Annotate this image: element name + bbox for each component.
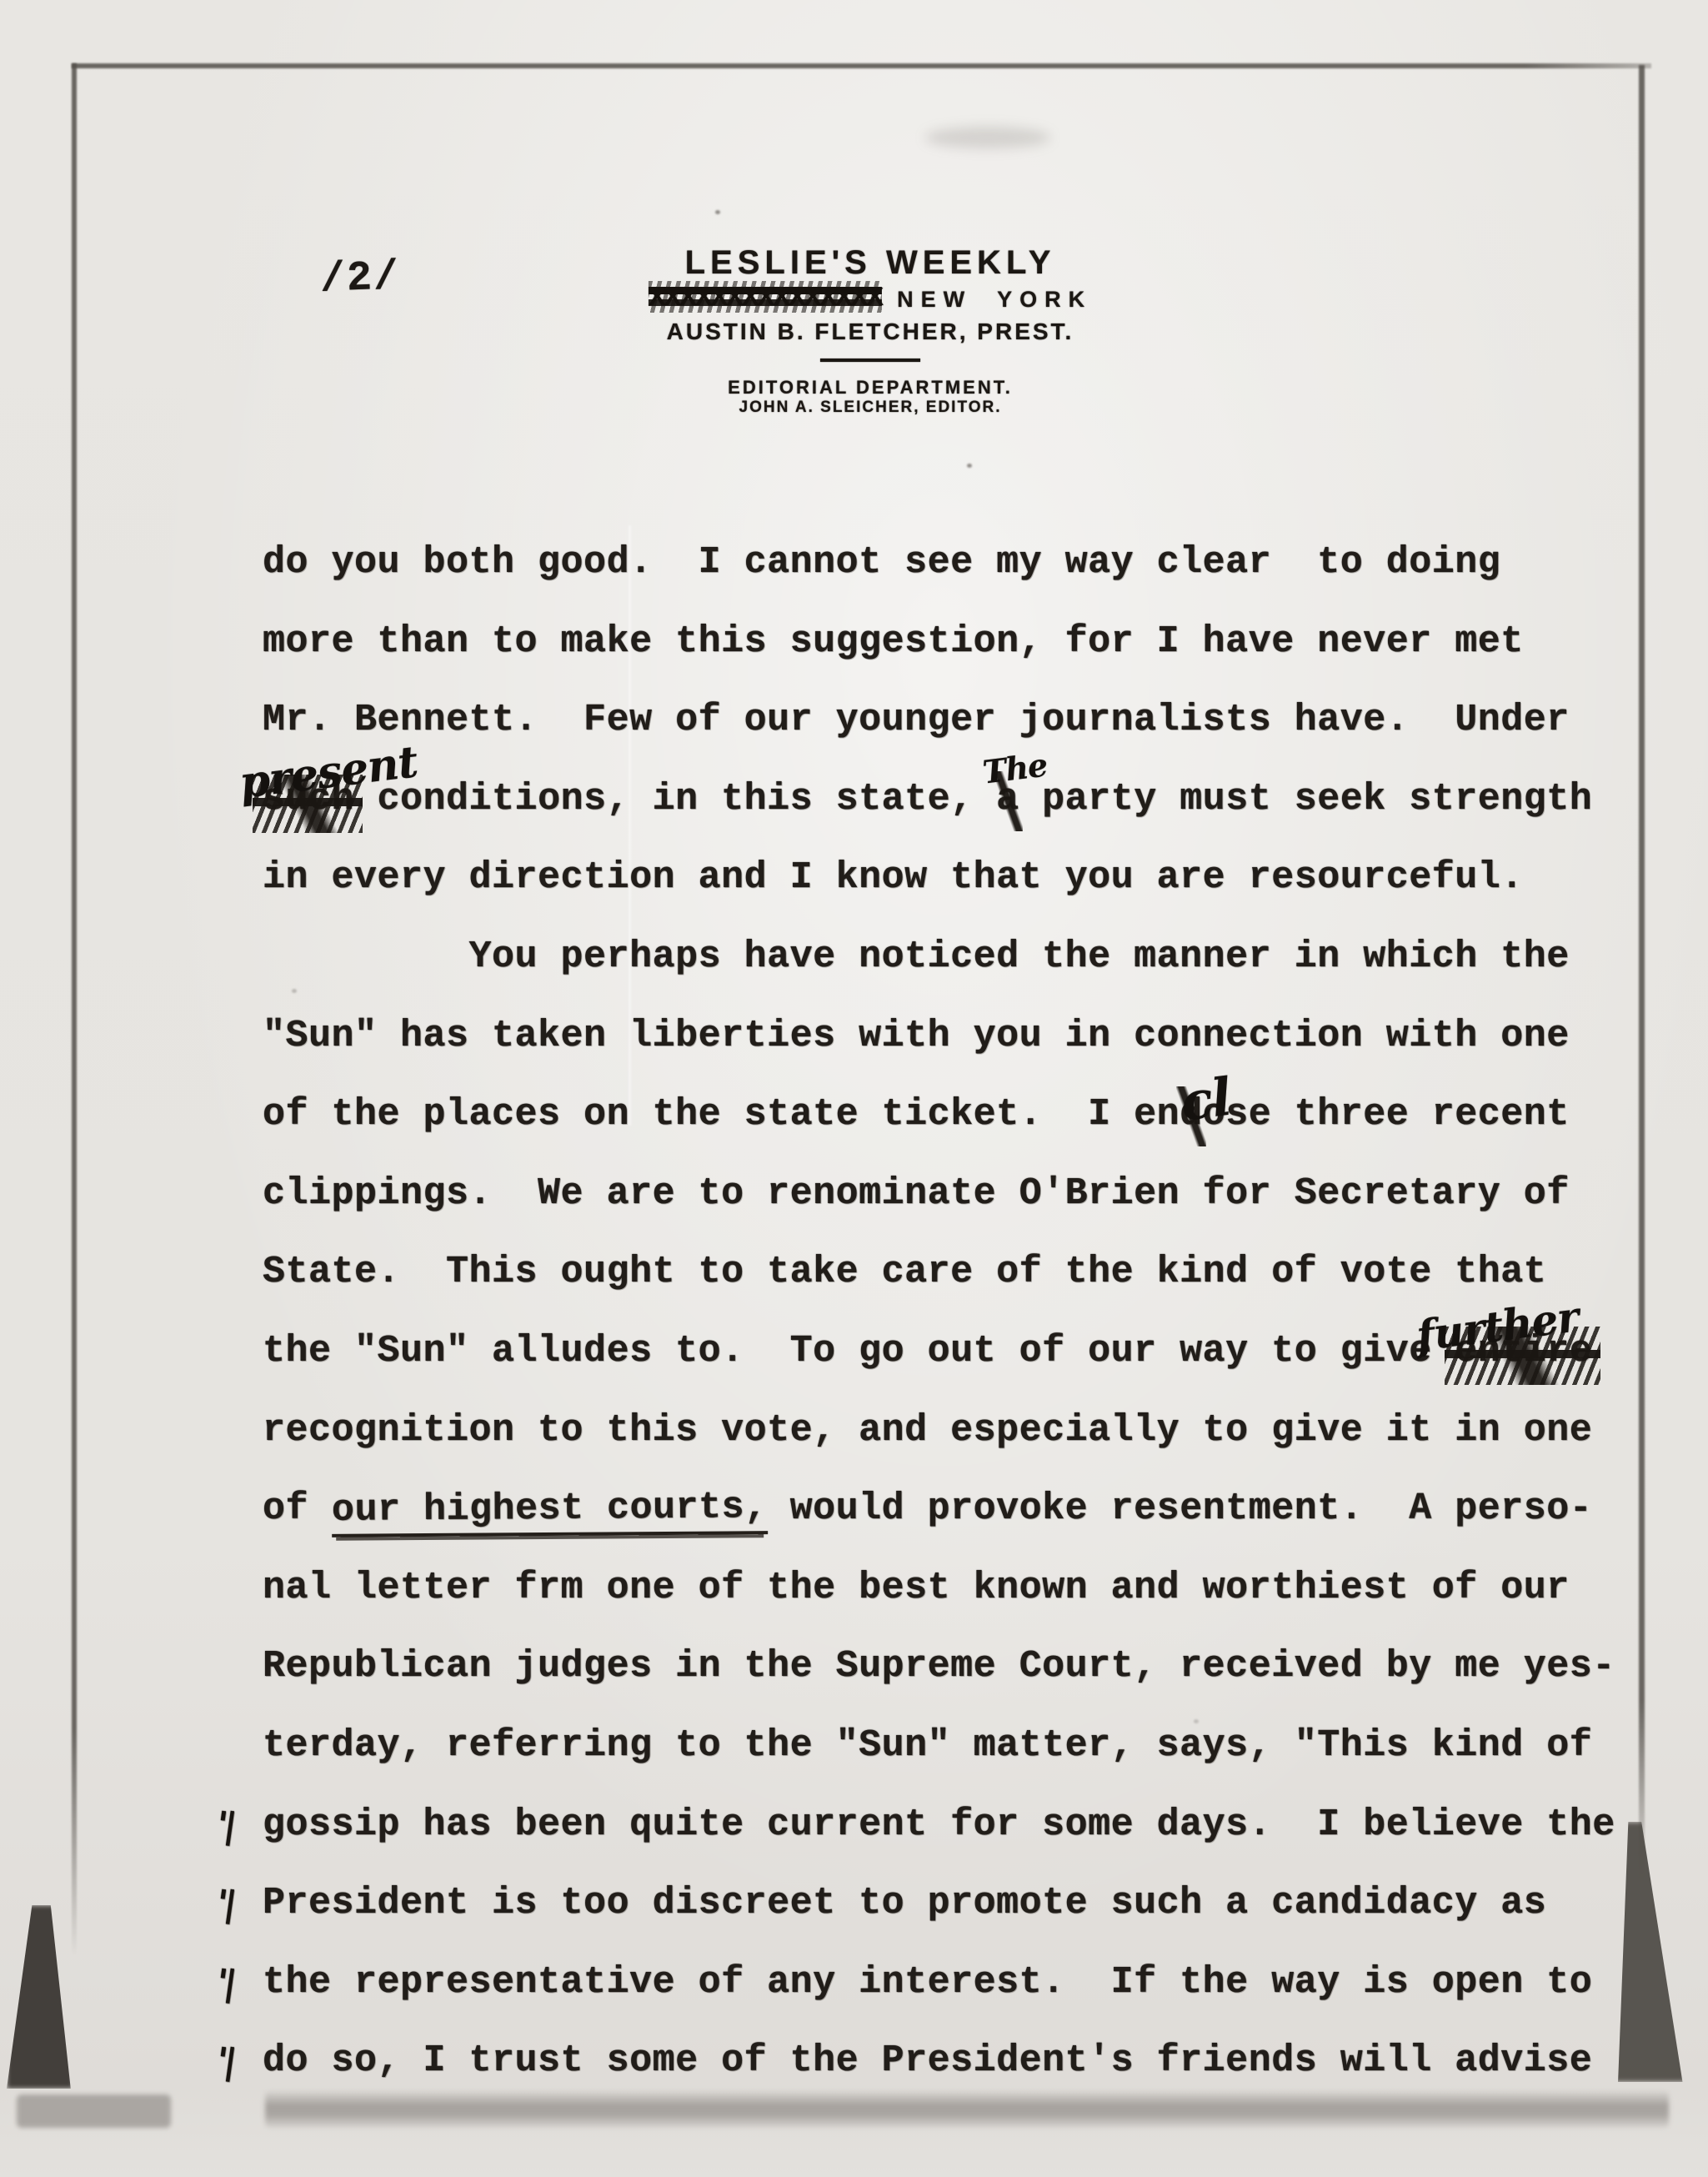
typed-text: State. This ought to take care of the ki… [263,1251,1546,1293]
typed-text: President is too discreet to promote suc… [263,1882,1546,1924]
typed-line: '|the representative of any interest. If… [263,1961,1592,2004]
typed-line: Republican judges in the Supreme Court, … [263,1645,1615,1688]
handwritten-insertion: cl [1179,1076,1233,1125]
typed-line: of the places on the state ticket. I end… [263,1093,1570,1136]
typed-text: ose three recent [1203,1093,1570,1136]
paper-edge-left [72,63,77,1956]
typed-text: more than to make this suggestion, for I… [263,620,1524,663]
letterhead-divider-rule [820,359,920,362]
typed-line: nal letter frm one of the best known and… [263,1567,1570,1610]
dust-speck [967,464,972,468]
corner-shadow-bottom-left [7,1905,73,2089]
typed-text: gossip has been quite current for some d… [263,1803,1615,1846]
editorial-correction: entirefurther [1455,1330,1592,1373]
typed-text: would provoke resentment. A perso- [767,1487,1592,1530]
typed-text: do so, I trust some of the President's f… [263,2039,1592,2082]
typed-text: in every direction and I know that you a… [263,856,1524,899]
typed-line: '|President is too discreet to promote s… [263,1882,1546,1925]
typed-line: '|gossip has been quite current for some… [263,1803,1615,1847]
typed-line: the "Sun" alludes to. To go out of our w… [263,1330,1592,1373]
editorial-correction: aThe [996,778,1019,821]
letterhead-city: NEW YORK [897,280,1092,313]
typed-text: clippings. We are to renominate O'Brien … [263,1172,1570,1215]
typed-text: nal letter frm one of the best known and… [263,1567,1570,1609]
paper-edge-right [1639,65,1645,1883]
letterhead-title: LESLIE'S WEEKLY [685,244,1056,282]
typed-text: You perhaps have noticed the manner in w… [263,936,1570,978]
typed-text: Mr. Bennett. Few of our younger journali… [263,699,1570,741]
handwritten-quote-mark: '| [213,2039,236,2084]
scanned-letter-photo: /2/ LESLIE'S WEEKLY XXXXXXXXXXXXXXX NEW … [0,0,1708,2177]
editorial-correction: dcl [1180,1093,1203,1136]
handwritten-quote-mark: '| [213,1881,236,1926]
hand-underlined-text: our highest courts, [331,1486,767,1537]
dust-speck [1194,1719,1199,1723]
typed-line: of our highest courts, would provoke res… [263,1487,1592,1536]
typed-line: '|do so, I trust some of the President's… [263,2039,1592,2083]
typed-line: clippings. We are to renominate O'Brien … [263,1172,1570,1216]
page-number: /2/ [319,253,401,303]
paper-edge-top [72,63,1651,68]
typed-line: terday, referring to the "Sun" matter, s… [263,1724,1592,1768]
typed-text: do you both good. I cannot see my way cl… [263,541,1500,584]
handwritten-quote-mark: '| [213,1960,236,2005]
obliterated-address: XXXXXXXXXXXXXXX [649,281,882,313]
typed-text: party must seek strength [1019,778,1593,820]
typed-text: Republican judges in the Supreme Court, … [263,1645,1615,1688]
typed-line: You perhaps have noticed the manner in w… [263,936,1570,979]
dust-speck [292,989,297,993]
typed-line: "Sun" has taken liberties with you in co… [263,1015,1570,1058]
typed-line: Mr. Bennett. Few of our younger journali… [263,699,1570,742]
typed-line: recognition to this vote, and especially… [263,1409,1592,1452]
handwritten-insertion: The [980,743,1049,794]
bottom-shadow-bar [265,2091,1669,2128]
letterhead-department: EDITORIAL DEPARTMENT. [728,377,1013,399]
typed-line: suchpresent conditions, in this state, a… [263,778,1592,821]
letterhead-address-line: XXXXXXXXXXXXXXX NEW YORK [649,280,1092,313]
typed-line: do you both good. I cannot see my way cl… [263,541,1500,584]
typed-text: conditions, in this state, [354,778,996,820]
typed-text: the "Sun" alludes to. To go out of our w… [263,1330,1455,1372]
bottom-shadow-bar-left [17,2094,171,2128]
typed-text: of the places on the state ticket. I en [263,1093,1180,1136]
typed-text: of [263,1487,332,1530]
typed-line: in every direction and I know that you a… [263,856,1524,900]
corner-shadow-bottom-right [1612,1822,1685,2082]
typed-text: terday, referring to the "Sun" matter, s… [263,1724,1592,1767]
letterhead-editor: JOHN A. SLEICHER, EDITOR. [739,399,1002,417]
letterhead-president: AUSTIN B. FLETCHER, PREST. [667,319,1074,345]
typed-text: "Sun" has taken liberties with you in co… [263,1015,1570,1057]
handwritten-quote-mark: '| [213,1803,236,1848]
editorial-correction: suchpresent [263,778,354,821]
ink-smudge [925,127,1050,148]
dust-speck [715,210,720,214]
typed-text: the representative of any interest. If t… [263,1961,1592,2004]
typed-line: State. This ought to take care of the ki… [263,1251,1546,1294]
typed-line: more than to make this suggestion, for I… [263,620,1524,664]
typed-text: recognition to this vote, and especially… [263,1409,1592,1452]
